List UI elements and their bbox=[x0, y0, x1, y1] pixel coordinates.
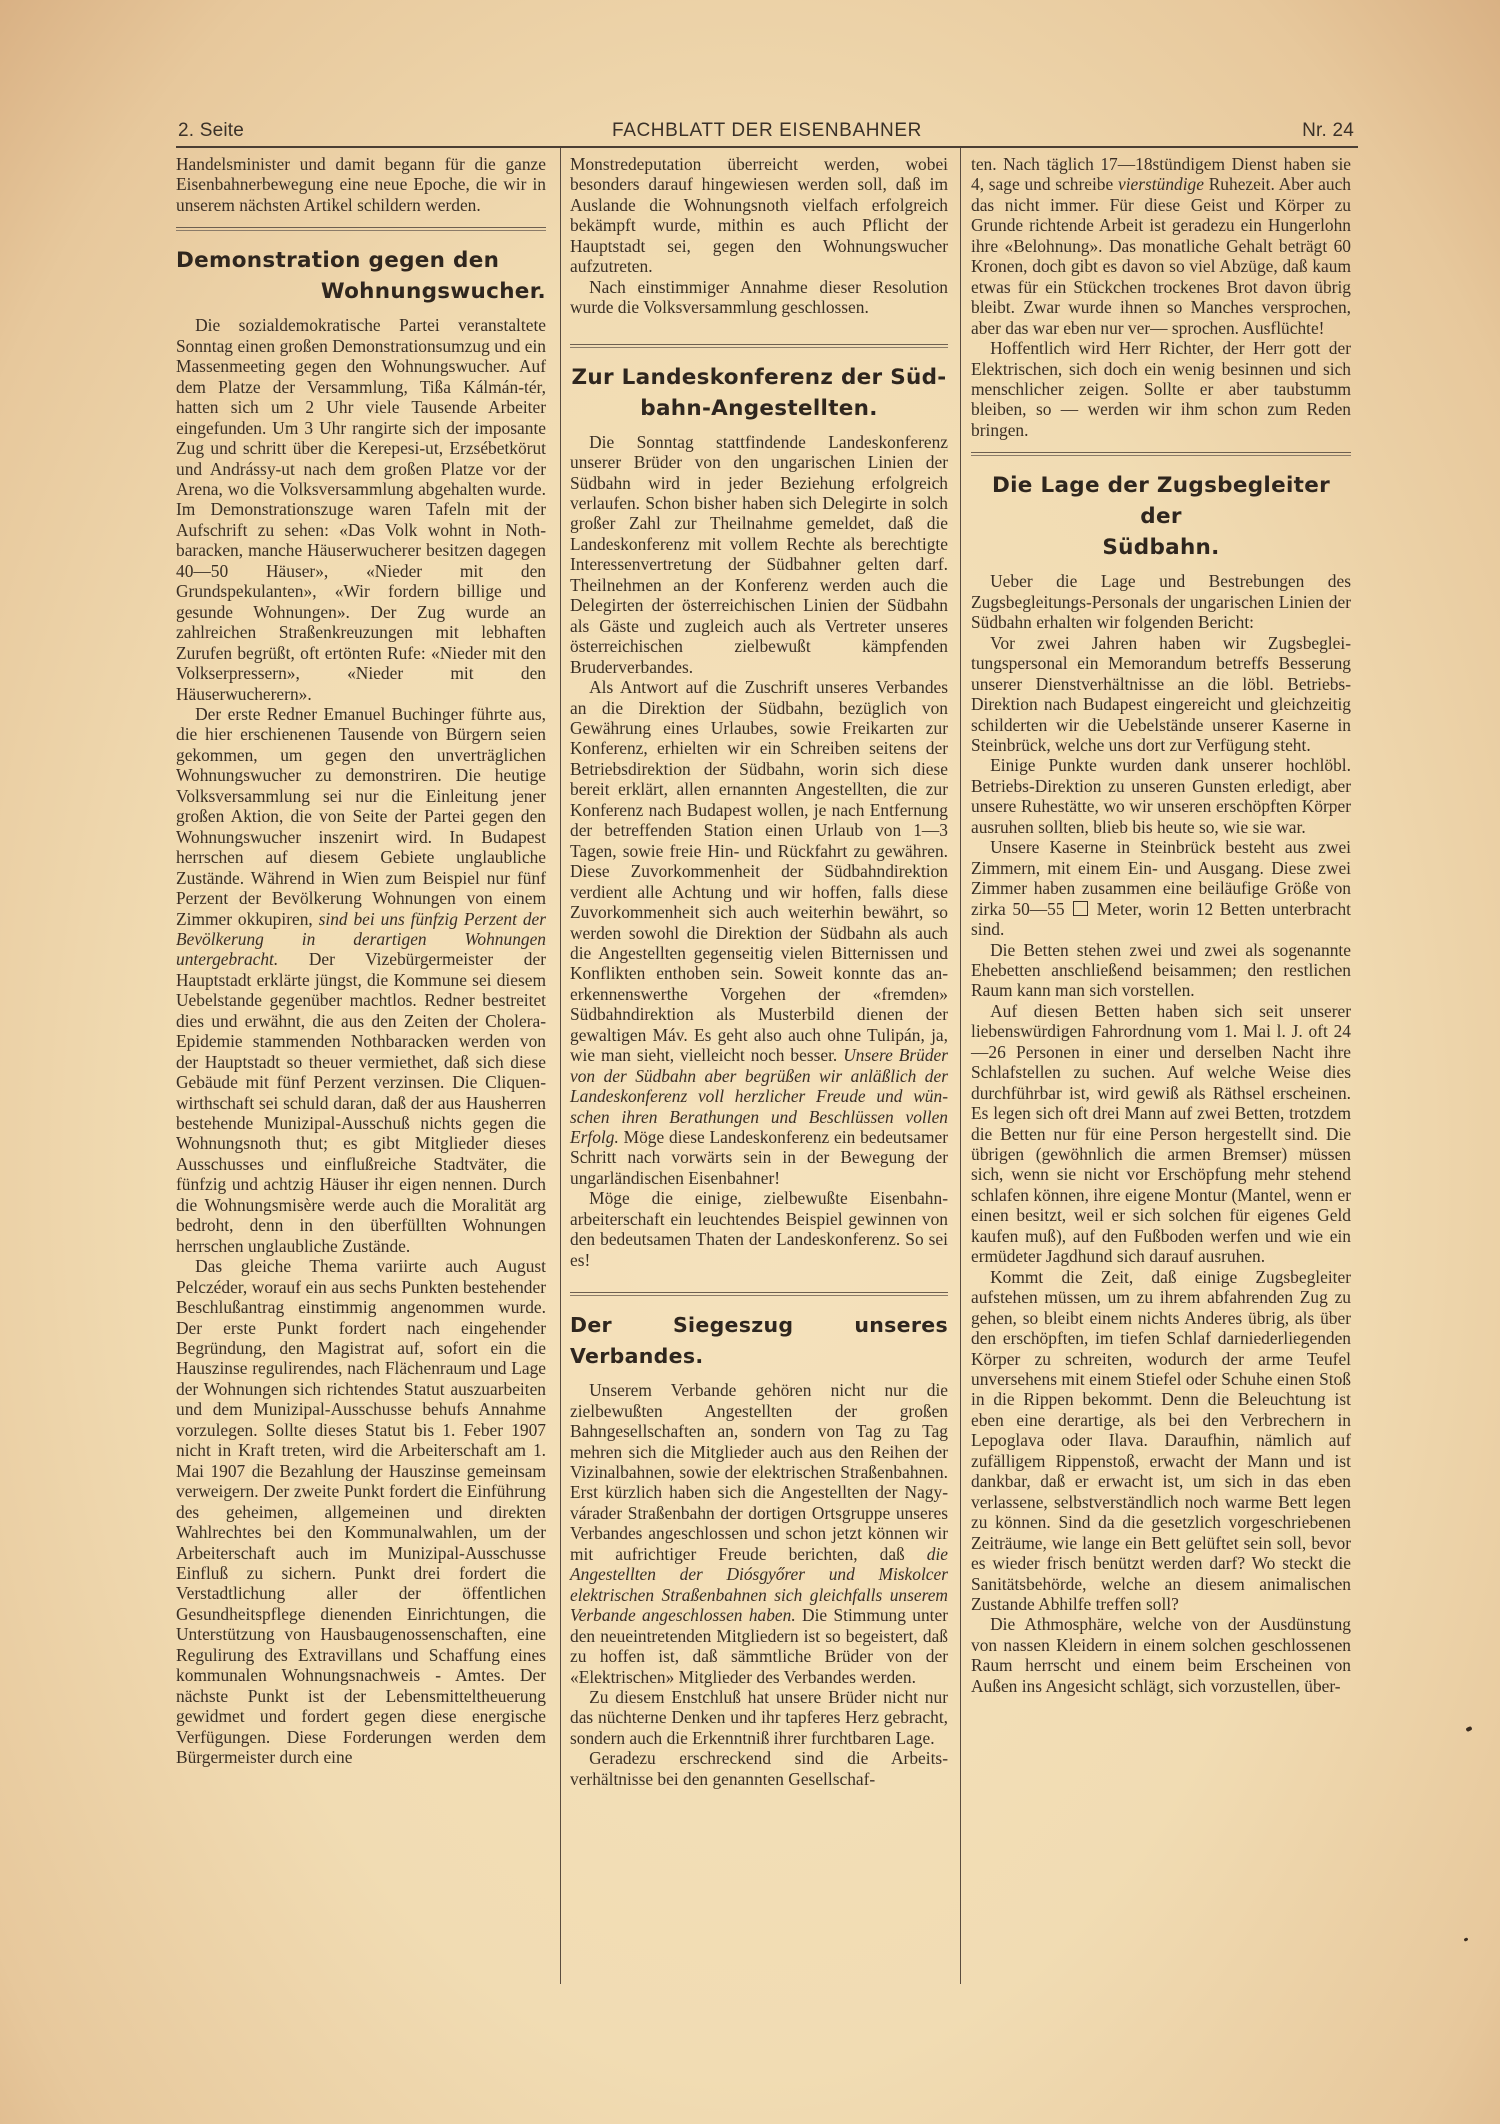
continued-paragraph: ten. Nach täglich 17—18stündigem Dienst … bbox=[971, 154, 1351, 338]
publication-title: FACHBLATT DER EISENBAHNER bbox=[176, 120, 1358, 142]
headline-demonstration: Demonstration gegen den Wohnungswucher. bbox=[176, 245, 546, 307]
paragraph: Der erste Redner Emanuel Buchinger führt… bbox=[176, 704, 546, 1256]
headline-siegeszug: Der Siegeszug unseres Verbandes. bbox=[570, 1310, 948, 1372]
continued-paragraph: Monstredeputation überreicht werden, wo­… bbox=[570, 154, 948, 277]
paragraph: Möge die einige, zielbewußte Eisenbahn­a… bbox=[570, 1188, 948, 1270]
paragraph: Die sozialdemokratische Partei veranstal… bbox=[176, 315, 546, 704]
previous-article-ending: Handelsminister und damit begann für die… bbox=[176, 154, 546, 215]
paragraph: Hoffentlich wird Herr Richter, der Herr … bbox=[971, 338, 1351, 440]
paragraph: Als Antwort auf die Zuschrift unseres Ve… bbox=[570, 677, 948, 1188]
paragraph: Die Betten stehen zwei und zwei als soge… bbox=[971, 940, 1351, 1001]
paragraph: Auf diesen Betten haben sich seit un­ser… bbox=[971, 1001, 1351, 1267]
headline-landeskonferenz: Zur Landeskonferenz der Süd- bahn-Angest… bbox=[570, 362, 948, 424]
paragraph: Kommt die Zeit, daß einige Zugsbegleiter… bbox=[971, 1267, 1351, 1615]
article-separator bbox=[176, 227, 546, 231]
paper-speck-mark bbox=[1464, 1937, 1469, 1941]
article-separator bbox=[971, 452, 1351, 456]
paper-speck-mark bbox=[1465, 1726, 1472, 1732]
paragraph: Unsere Kaserne in Steinbrück besteht aus… bbox=[971, 837, 1351, 939]
paragraph: Die Athmosphäre, welche von der Aus­düns… bbox=[971, 1614, 1351, 1696]
paragraph: Einige Punkte wurden dank unserer hochlö… bbox=[971, 755, 1351, 837]
emphasis-text: vierstündige bbox=[1118, 174, 1204, 194]
paragraph: Vor zwei Jahren haben wir Zugsbeglei­tun… bbox=[971, 633, 1351, 756]
paragraph: Nach einstimmiger Annahme dieser Reso­lu… bbox=[570, 277, 948, 318]
paragraph: Zu diesem Enstchluß hat unsere Brüder ni… bbox=[570, 1687, 948, 1748]
running-header: 2. Seite FACHBLATT DER EISENBAHNER Nr. 2… bbox=[176, 118, 1358, 146]
column-3: ten. Nach täglich 17—18stündigem Dienst … bbox=[961, 148, 1351, 1984]
issue-number: Nr. 24 bbox=[1302, 120, 1354, 142]
square-meter-symbol-icon bbox=[1073, 901, 1088, 916]
headline-zugsbegleiter: Die Lage der Zugsbegleiter der Südbahn. bbox=[971, 470, 1351, 563]
paragraph: Geradezu erschreckend sind die Arbeits­v… bbox=[570, 1748, 948, 1789]
three-column-layout: Handelsminister und damit begann für die… bbox=[176, 148, 1358, 1984]
newspaper-page: 2. Seite FACHBLATT DER EISENBAHNER Nr. 2… bbox=[176, 118, 1358, 1984]
column-2: Monstredeputation überreicht werden, wo­… bbox=[561, 148, 961, 1984]
article-separator bbox=[570, 1292, 948, 1296]
paragraph: Ueber die Lage und Bestrebungen des Zugs… bbox=[971, 571, 1351, 632]
column-1: Handelsminister und damit begann für die… bbox=[176, 148, 561, 1984]
paragraph: Die Sonntag stattfindende Landeskon­fere… bbox=[570, 432, 948, 677]
paragraph: Das gleiche Thema variirte auch August P… bbox=[176, 1256, 546, 1767]
paragraph: Unserem Verbande gehören nicht nur die z… bbox=[570, 1380, 948, 1687]
article-separator bbox=[570, 344, 948, 348]
